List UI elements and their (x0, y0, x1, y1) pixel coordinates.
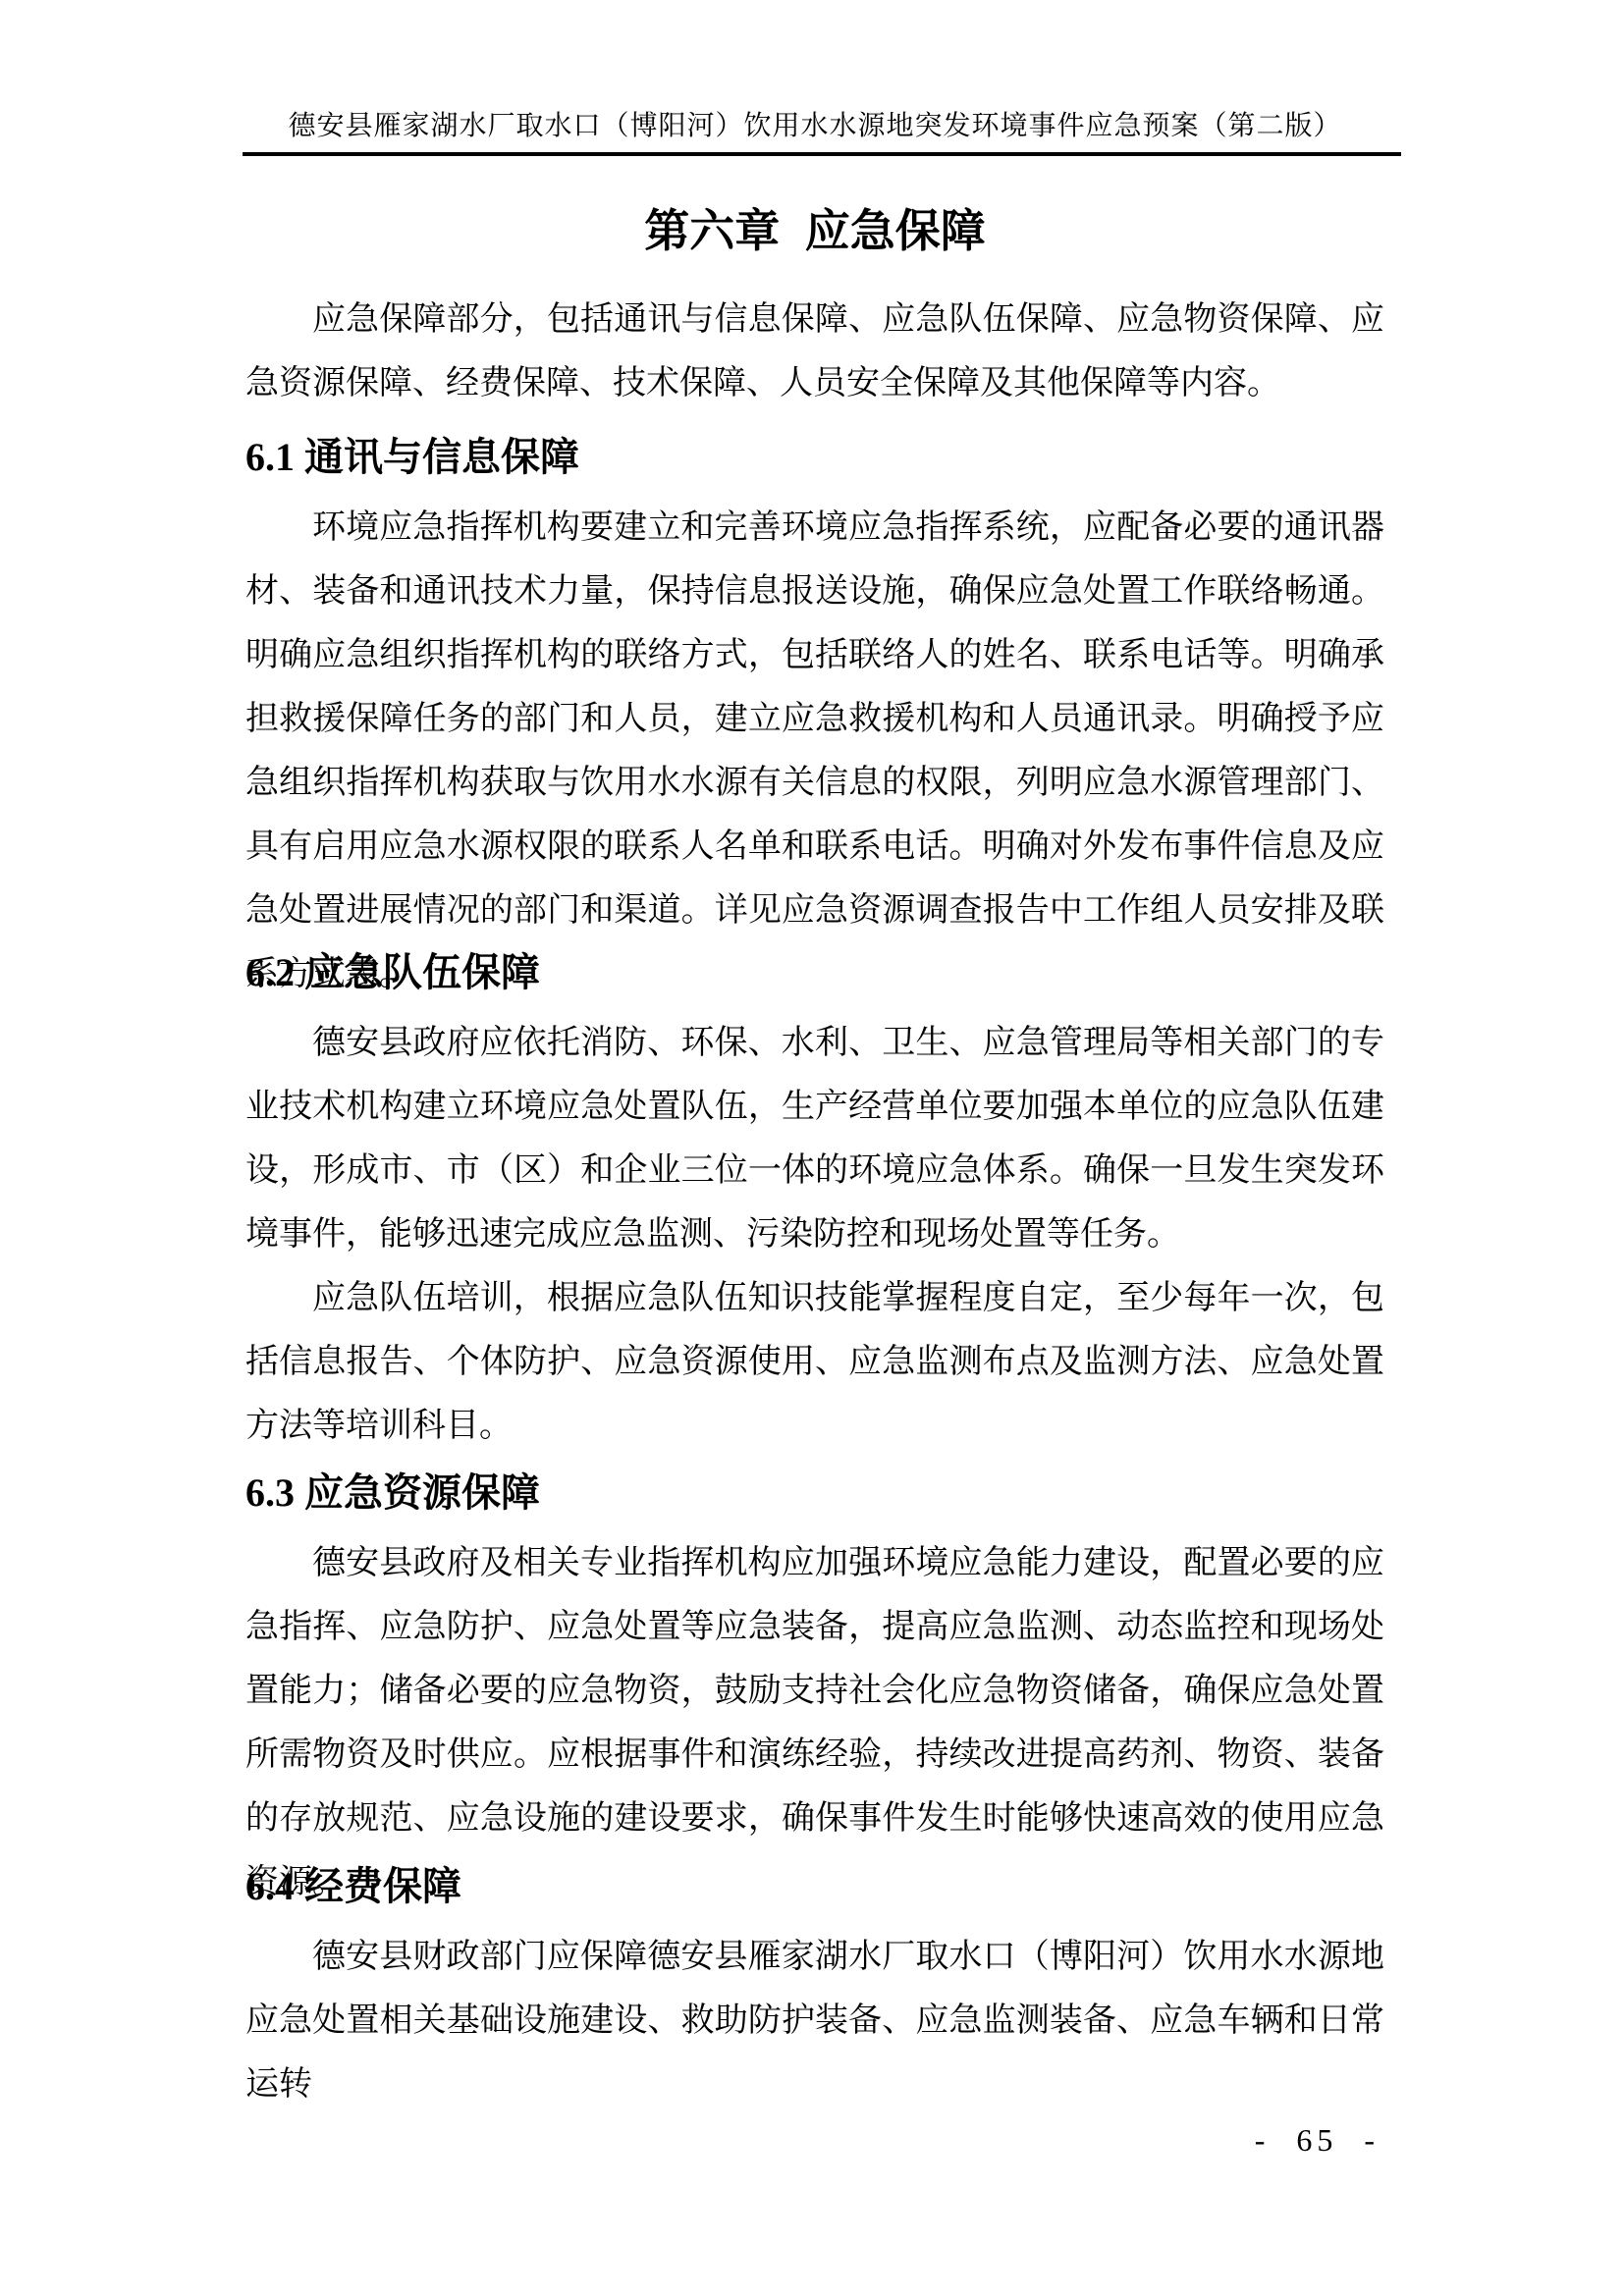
page-header-title: 德安县雁家湖水厂取水口（博阳河）饮用水水源地突发环境事件应急预案（第二版） (245, 110, 1384, 143)
chapter-title: 第六章 应急保障 (245, 204, 1384, 259)
section-6-3-paragraph: 德安县政府及相关专业指挥机构应加强环境应急能力建设，配置必要的应急指挥、应急防护… (245, 1531, 1384, 1914)
chapter-intro-paragraph: 应急保障部分，包括通讯与信息保障、应急队伍保障、应急物资保障、应急资源保障、经费… (245, 288, 1384, 415)
document-page: 德安县雁家湖水厂取水口（博阳河）饮用水水源地突发环境事件应急预案（第二版） 第六… (0, 0, 1624, 2296)
section-6-1-paragraph: 环境应急指挥机构要建立和完善环境应急指挥系统，应配备必要的通讯器材、装备和通讯技… (245, 496, 1384, 1006)
section-6-4-heading: 6.4 经费保障 (245, 1863, 1384, 1910)
section-6-3-heading: 6.3 应急资源保障 (245, 1469, 1384, 1517)
header-divider (243, 152, 1401, 156)
section-6-4-paragraph: 德安县财政部门应保障德安县雁家湖水厂取水口（博阳河）饮用水水源地应急处置相关基础… (245, 1925, 1384, 2116)
page-number: - 65 - (1255, 2120, 1380, 2160)
section-6-2-paragraph-2: 应急队伍培训，根据应急队伍知识技能掌握程度自定，至少每年一次，包括信息报告、个体… (245, 1266, 1384, 1458)
section-6-1-heading: 6.1 通讯与信息保障 (245, 434, 1384, 481)
section-6-2-heading: 6.2 应急队伍保障 (245, 949, 1384, 996)
section-6-2-paragraph-1: 德安县政府应依托消防、环保、水利、卫生、应急管理局等相关部门的专业技术机构建立环… (245, 1011, 1384, 1266)
